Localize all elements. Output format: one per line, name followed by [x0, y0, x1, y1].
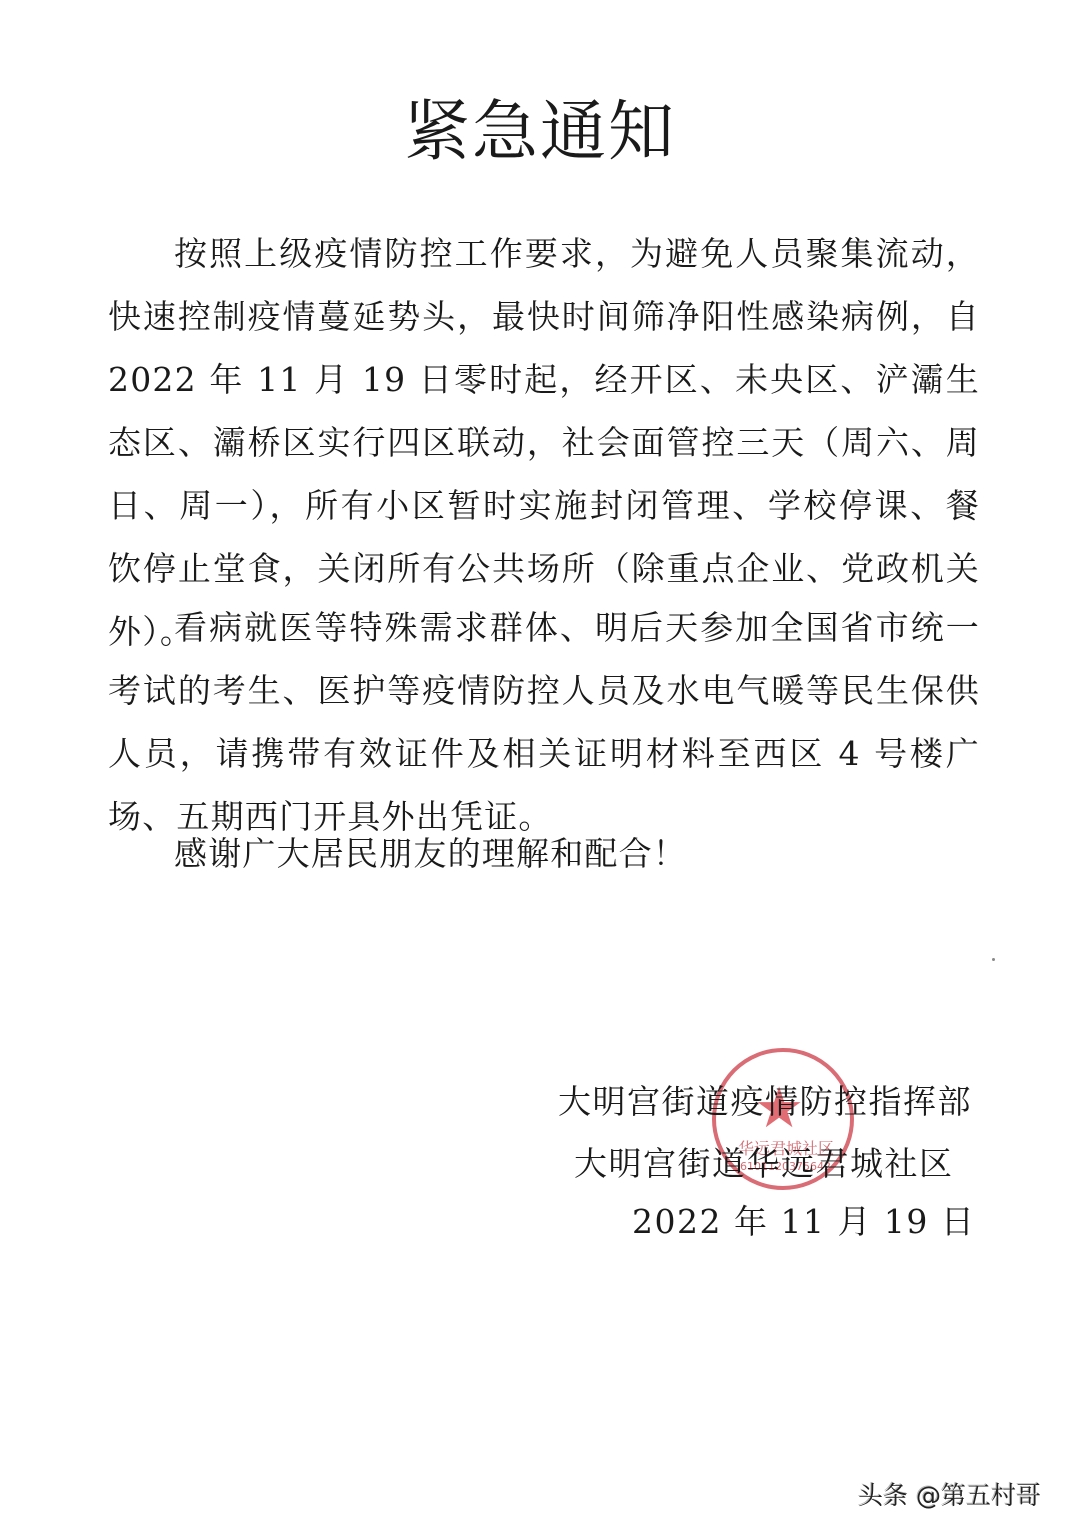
- stray-mark: [992, 958, 995, 961]
- notice-paragraph-3: 感谢广大居民朋友的理解和配合！: [108, 822, 980, 885]
- paragraph-text: 看病就医等特殊需求群体、明后天参加全国省市统一考试的考生、医护等疫情防控人员及水…: [108, 596, 980, 848]
- notice-paragraph-2: 看病就医等特殊需求群体、明后天参加全国省市统一考试的考生、医护等疫情防控人员及水…: [108, 596, 980, 848]
- paragraph-text: 感谢广大居民朋友的理解和配合！: [108, 822, 980, 885]
- signature-org-1: 大明宫街道疫情防控指挥部: [558, 1076, 972, 1123]
- signature-org-2: 大明宫街道华远君城社区: [574, 1138, 954, 1185]
- notice-title: 紧急通知: [0, 78, 1080, 173]
- watermark: 头条 @第五村哥: [858, 1476, 1041, 1512]
- signature-date: 2022 年 11 月 19 日: [632, 1196, 975, 1243]
